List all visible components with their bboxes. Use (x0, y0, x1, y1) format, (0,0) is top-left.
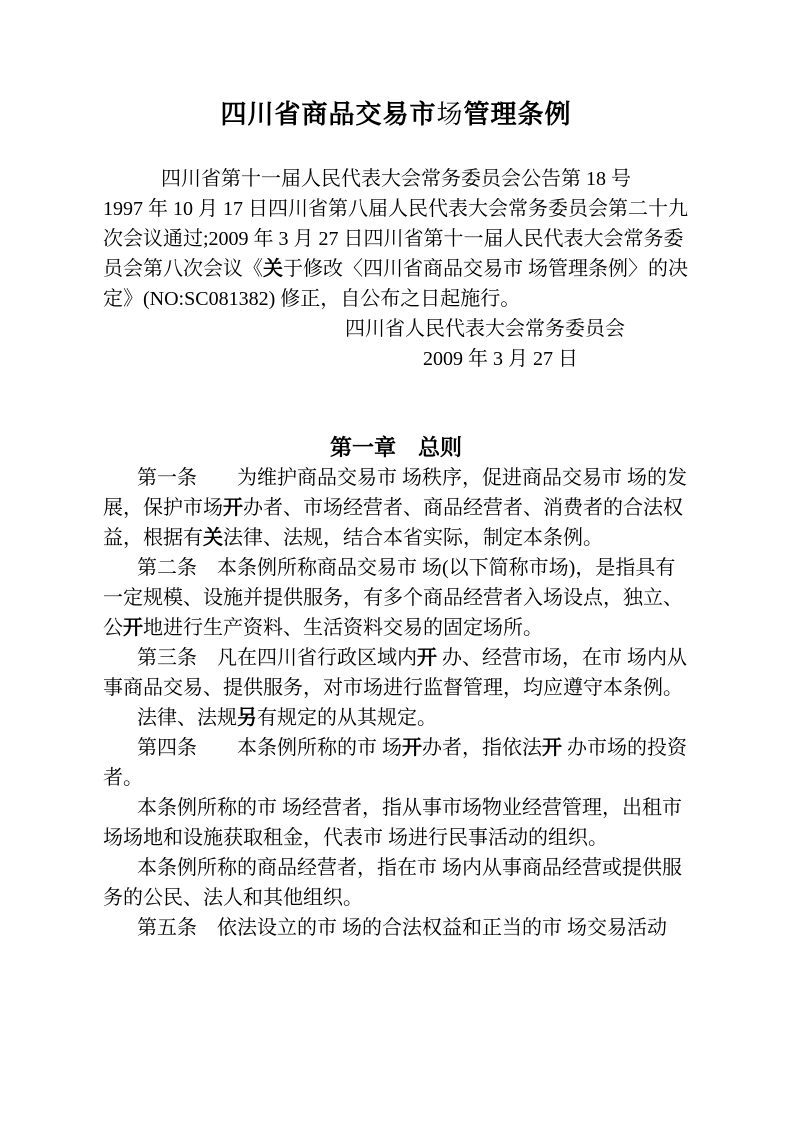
preamble-paragraph: 1997 年 10 月 17 日四川省第八届人民代表大会常务委员会第二十九次会议… (103, 194, 689, 314)
paragraph-article-4-p2: 本条例所称的市 场经营者，指从事市场物业经营管理，出租市场场地和设施获取租金，代… (103, 793, 689, 853)
title-run: 管理条例 (464, 100, 572, 129)
bold-char-run: 关 (263, 258, 283, 280)
title-run: 四川省商品交易市 (220, 100, 436, 129)
bold-char-run: 开 (223, 497, 243, 519)
document-title: 四川省商品交易市场管理条例 (103, 96, 689, 134)
bold-char-run: 开 (417, 647, 437, 669)
bold-char-run: 关 (203, 527, 223, 549)
paragraph-article-3: 第三条 凡在四川省行政区域内开 办、经营市场，在市 场内从事商品交易、提供服务，… (103, 643, 689, 703)
title-run-substituted-glyph: 场 (436, 100, 463, 129)
text-run: 有规定的从其规定。 (257, 707, 437, 729)
text-run: 本条例所称的市 场经营者，指从事市场物业经营管理，出租市场场地和设施获取租金，代… (103, 797, 682, 849)
signature-date: 2009 年 3 月 27 日 (103, 344, 689, 374)
paragraph-article-1: 第一条 为维护商品交易市 场秩序，促进商品交易市 场的发展，保护市场开办者、市场… (103, 463, 689, 553)
paragraph-article-4: 第四条 本条例所称的市 场开办者，指依法开 办市场的投资者。 (103, 733, 689, 793)
text-run: 本条例所称的商品经营者，指在市 场内从事商品经营或提供服务的公民、法人和其他组织… (103, 857, 682, 909)
document-page: 四川省商品交易市场管理条例 四川省第十一届人民代表大会常务委员会公告第 18 号… (0, 0, 794, 1123)
text-run: 第四条 本条例所称的市 场 (137, 737, 402, 759)
paragraph-article-5: 第五条 依法设立的市 场的合法权益和正当的市 场交易活动 (103, 913, 689, 943)
text-run: 第五条 依法设立的市 场的合法权益和正当的市 场交易活动 (137, 917, 667, 939)
bold-char-run: 开 (123, 617, 143, 639)
signature-organization: 四川省人民代表大会常务委员会 (103, 314, 689, 344)
document-content: 四川省商品交易市场管理条例 四川省第十一届人民代表大会常务委员会公告第 18 号… (103, 96, 689, 943)
paragraph-article-4-p3: 本条例所称的商品经营者，指在市 场内从事商品经营或提供服务的公民、法人和其他组织… (103, 853, 689, 913)
paragraph-article-2: 第二条 本条例所称商品交易市 场(以下简称市场)，是指具有一定规模、设施并提供服… (103, 553, 689, 643)
paragraph-article-3-supplement: 法律、法规另有规定的从其规定。 (103, 703, 689, 733)
bold-char-run: 开 (402, 737, 422, 759)
text-run: 办者，指依法 (422, 737, 542, 759)
text-run: 第三条 凡在四川省行政区域内 (137, 647, 417, 669)
text-run: 地进行生产资料、生活资料交易的固定场所。 (143, 617, 543, 639)
text-run: 法律、法规，结合本省实际，制定本条例。 (223, 527, 603, 549)
announcement-line: 四川省第十一届人民代表大会常务委员会公告第 18 号 (103, 164, 689, 194)
chapter-heading: 第一章 总则 (103, 433, 689, 463)
bold-char-run: 开 (542, 737, 562, 759)
text-run: 法律、法规 (137, 707, 237, 729)
bold-char-run: 另 (237, 707, 257, 729)
